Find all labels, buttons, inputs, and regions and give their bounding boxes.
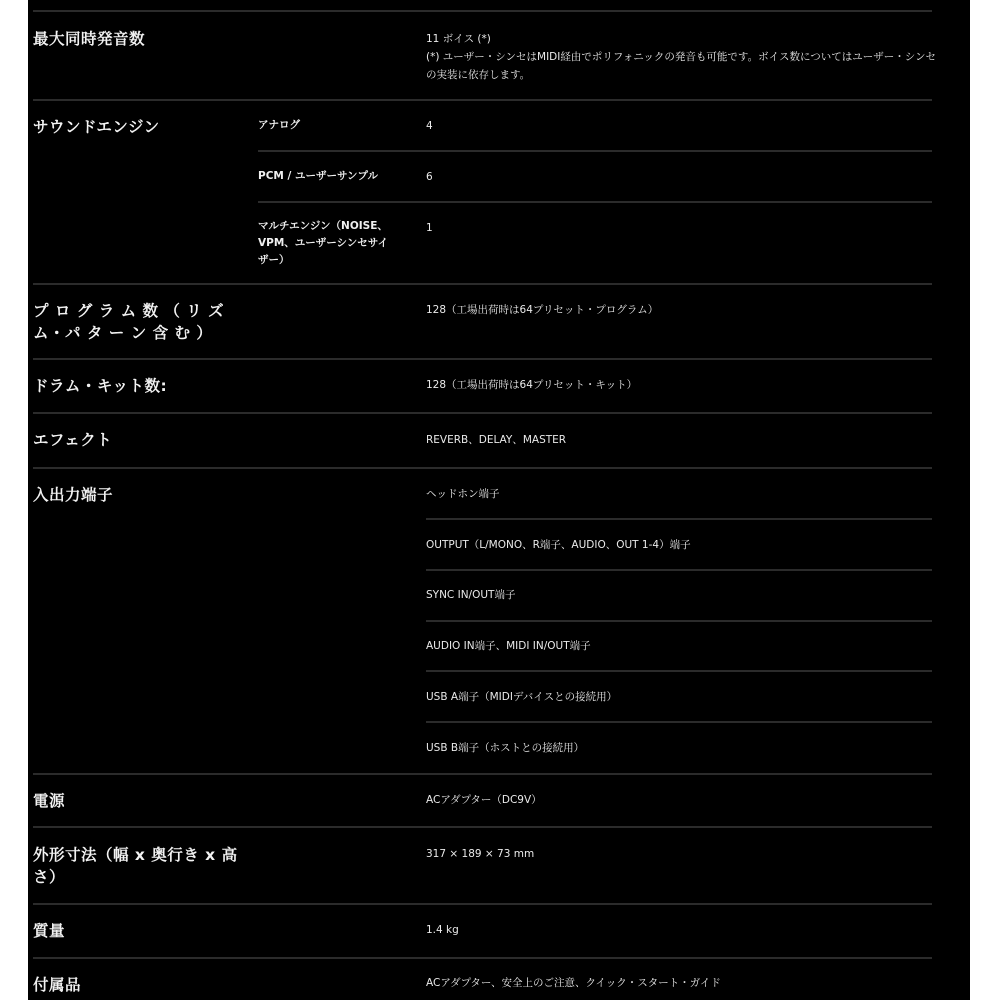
spec-label: 質量 [33, 920, 65, 943]
spec-value: ACアダプター、安全上のご注意、クイック・スタート・ガイド [426, 974, 721, 992]
divider [33, 467, 932, 469]
divider [33, 10, 932, 12]
spec-value: 128（工場出荷時は64プリセット・プログラム） [426, 301, 658, 319]
spec-value: ACアダプター（DC9V） [426, 791, 542, 809]
divider [33, 99, 932, 101]
divider [426, 569, 932, 571]
io-item: USB B端子（ホストとの接続用） [426, 739, 584, 757]
spec-label: 電源 [33, 790, 65, 813]
io-item: SYNC IN/OUT端子 [426, 586, 515, 604]
spec-label: さ） [33, 866, 65, 889]
io-item: AUDIO IN端子、MIDI IN/OUT端子 [426, 637, 591, 655]
divider [426, 721, 932, 723]
spec-sublabel: VPM、ユーザーシンセサイ [258, 235, 398, 252]
io-item: USB A端子（MIDIデバイスとの接続用） [426, 688, 617, 706]
divider [33, 826, 932, 828]
spec-label: 外形寸法（幅 x 奥行き x 高 [33, 844, 238, 867]
spec-value: 1.4 kg [426, 921, 459, 939]
spec-note: (*) ユーザー・シンセはMIDI経由でポリフォニックの発音も可能です。ボイス数… [426, 48, 946, 66]
io-item: ヘッドホン端子 [426, 485, 500, 503]
spec-note: の実装に依存します。 [426, 66, 530, 84]
spec-label: ドラム・キット数: [33, 375, 167, 398]
spec-label: エフェクト [33, 429, 112, 452]
divider [426, 670, 932, 672]
spec-label: 付属品 [33, 974, 81, 997]
divider [33, 903, 932, 905]
spec-label: 最大同時発音数 [33, 28, 145, 51]
divider [33, 412, 932, 414]
divider [33, 957, 932, 959]
divider [426, 518, 932, 520]
spec-value: 317 × 189 × 73 mm [426, 845, 534, 863]
divider [426, 620, 932, 622]
spec-value: 1 [426, 219, 433, 237]
spec-value: 128（工場出荷時は64プリセット・キット） [426, 376, 637, 394]
spec-sublabel: PCM / ユーザーサンプル [258, 168, 398, 185]
spec-value: REVERB、DELAY、MASTER [426, 431, 566, 449]
spec-label: 入出力端子 [33, 484, 113, 507]
spec-sublabel: アナログ [258, 117, 398, 134]
spec-sublabel: ザー） [258, 252, 398, 269]
spec-value: 4 [426, 117, 433, 135]
divider [33, 773, 932, 775]
divider [258, 201, 932, 203]
divider [33, 358, 932, 360]
spec-sublabel: マルチエンジン（NOISE、 [258, 218, 398, 235]
spec-value: 11 ボイス (*) [426, 30, 491, 48]
divider [258, 150, 932, 152]
io-item: OUTPUT（L/MONO、R端子、AUDIO、OUT 1-4）端子 [426, 536, 691, 554]
spec-label: サウンドエンジン [33, 116, 160, 139]
spec-label: プ ロ グ ラ ム 数 （ リ ズ [33, 300, 224, 323]
spec-table: 最大同時発音数 11 ボイス (*) (*) ユーザー・シンセはMIDI経由でポ… [28, 0, 970, 1000]
spec-label: ム・パ タ ー ン 含 む ） [33, 322, 212, 345]
spec-value: 6 [426, 168, 433, 186]
divider [33, 283, 932, 285]
